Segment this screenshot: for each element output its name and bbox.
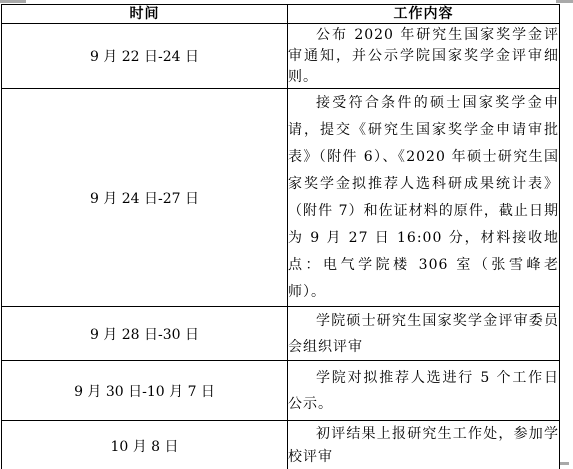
content-paragraph: 初评结果上报研究生工作处，参加学校评审 bbox=[288, 423, 559, 469]
time-cell: 9 月 24 日-27 日 bbox=[2, 89, 288, 307]
table-row: 10 月 8 日 初评结果上报研究生工作处，参加学校评审 bbox=[2, 421, 560, 469]
table-row: 9 月 28 日-30 日 学院硕士研究生国家奖学金评审委员会组织评审 bbox=[2, 307, 560, 361]
screen-edge-artifact-bottom-right bbox=[560, 462, 569, 465]
time-cell: 10 月 8 日 bbox=[2, 421, 288, 469]
time-cell: 9 月 30 日-10 月 7 日 bbox=[2, 361, 288, 421]
screen-edge-artifact-top-right bbox=[556, 0, 573, 3]
content-paragraph: 学院对拟推荐人选进行 5 个工作日公示。 bbox=[288, 365, 559, 417]
content-cell: 学院硕士研究生国家奖学金评审委员会组织评审 bbox=[288, 307, 560, 361]
time-cell: 9 月 28 日-30 日 bbox=[2, 307, 288, 361]
document-page: 时间 工作内容 9 月 22 日-24 日 公布 2020 年研究生国家奖学金评… bbox=[0, 0, 573, 469]
screen-edge-artifact-top-left bbox=[0, 0, 26, 3]
content-paragraph: 学院硕士研究生国家奖学金评审委员会组织评审 bbox=[288, 308, 559, 360]
content-paragraph: 公布 2020 年研究生国家奖学金评审通知，并公示学院国家奖学金评审细则。 bbox=[288, 25, 559, 88]
table-row: 9 月 24 日-27 日 接受符合条件的硕士国家奖学金申请，提交《研究生国家奖… bbox=[2, 89, 560, 307]
content-cell: 初评结果上报研究生工作处，参加学校评审 bbox=[288, 421, 560, 469]
column-header-time: 时间 bbox=[2, 5, 288, 24]
content-cell: 接受符合条件的硕士国家奖学金申请，提交《研究生国家奖学金申请审批表》（附件 6）… bbox=[288, 89, 560, 307]
content-cell: 公布 2020 年研究生国家奖学金评审通知，并公示学院国家奖学金评审细则。 bbox=[288, 24, 560, 89]
table-row: 9 月 22 日-24 日 公布 2020 年研究生国家奖学金评审通知，并公示学… bbox=[2, 24, 560, 89]
schedule-table: 时间 工作内容 9 月 22 日-24 日 公布 2020 年研究生国家奖学金评… bbox=[1, 4, 560, 469]
content-cell: 学院对拟推荐人选进行 5 个工作日公示。 bbox=[288, 361, 560, 421]
content-paragraph: 接受符合条件的硕士国家奖学金申请，提交《研究生国家奖学金申请审批表》（附件 6）… bbox=[288, 90, 559, 306]
table-header-row: 时间 工作内容 bbox=[2, 5, 560, 24]
table-row: 9 月 30 日-10 月 7 日 学院对拟推荐人选进行 5 个工作日公示。 bbox=[2, 361, 560, 421]
column-header-content: 工作内容 bbox=[288, 5, 560, 24]
time-cell: 9 月 22 日-24 日 bbox=[2, 24, 288, 89]
